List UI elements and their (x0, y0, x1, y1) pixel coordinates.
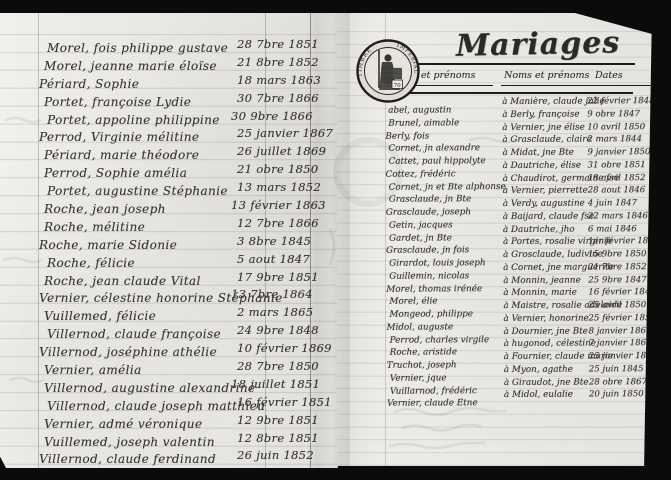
entry-date: 16 février 1851 (237, 395, 332, 409)
ledger-row: Périard, Sophie 18 mars 1863 (0, 73, 337, 91)
entry-name: Roche, marie Sidonie (39, 238, 177, 252)
entry-name: Villernod, claude ferdinand (39, 452, 216, 466)
entry-date: 20 juin 1850 (589, 389, 644, 399)
ledger-row: Périard, marie théodore 26 juillet 1869 (0, 144, 337, 162)
entry-spouse: à Grasclaude, claire (502, 135, 591, 146)
entry-date: 1er février 1847 (588, 236, 659, 246)
entry-date: 25 janvier 1867 (237, 126, 333, 140)
entry-date: 12 7bre 1866 (237, 216, 319, 230)
entry-name: Vernier, amélia (44, 363, 142, 377)
entry-spouse: à Myon, agathe (504, 364, 573, 374)
entry-date: 12 9bre 1851 (237, 413, 319, 427)
ledger-row: Villernod, augustine alexandrine 18 juil… (0, 377, 337, 395)
entry-date: 3 8bre 1845 (237, 234, 311, 248)
ledger-row: Vernier, amélia 28 7bre 1850 (0, 359, 337, 377)
entry-name: Vuillemed, joseph valentin (44, 435, 215, 449)
register-scan: Morel, fois philippe gustave 28 7bre 185… (0, 0, 671, 480)
entry-date: 18 juillet 1851 (231, 377, 320, 391)
entry-date: 26 juillet 1869 (237, 144, 326, 158)
left-page: Morel, fois philippe gustave 28 7bre 185… (0, 13, 338, 468)
entry-date: 17 9bre 1851 (237, 270, 319, 284)
ledger-row: Vuillemed, félicie 2 mars 1865 (0, 305, 337, 323)
entry-spouse: à Midol, eulalie (504, 390, 573, 400)
entry-spouse: à Vernier, honorine (503, 313, 588, 324)
ledger-row: Villernod, claude ferdinand 26 juin 1852 (0, 448, 337, 466)
entry-date: 22 février 1848 (587, 96, 655, 106)
entry-date: 16 février 1848 (588, 287, 656, 297)
ledger-row: Morel, jeanne marie éloïse 21 8bre 1852 (0, 55, 337, 73)
title-underline (387, 63, 635, 65)
entry-spouse: à Monnin, jeanne (503, 275, 581, 285)
header-underline (592, 85, 652, 86)
column-header-names-2: Noms et prénoms (504, 70, 589, 81)
entry-date: 13 7bre 1864 (231, 287, 313, 301)
entry-name: Périard, marie théodore (44, 148, 199, 162)
entry-date: 28 obre 1867 (589, 377, 647, 387)
entry-date: 2 mars 1865 (237, 305, 313, 319)
entry-date: 9 obre 1847 (587, 109, 640, 119)
entry-date: 28 7bre 1850 (237, 359, 319, 373)
entry-name: Portet, augustine Stéphanie (47, 184, 228, 198)
entry-date: 25 juin 1845 (589, 364, 644, 374)
entry-name: Villernod, claude françoise (47, 327, 221, 341)
ledger-row: Portet, appoline philippine 30 9bre 1866 (0, 109, 337, 127)
entry-date: 13 mars 1852 (237, 180, 321, 194)
entry-name: Morel, fois philippe gustave (47, 41, 228, 55)
entry-spouse: à Dautriche, élise (502, 160, 581, 170)
entry-date: 8 janvier 1866 (588, 326, 651, 336)
ledger-row: Villernod, claude françoise 24 9bre 1848 (0, 323, 337, 341)
entry-date: 18 mars 1863 (237, 73, 321, 87)
entry-date: 10 février 1869 (237, 341, 332, 355)
ledger-row: Roche, mélitine 12 7bre 1866 (0, 216, 337, 234)
imperial-revenue-stamp: 70 TIMBRE IMPERIAL (355, 38, 421, 104)
ledger-row: Roche, jean joseph 13 février 1863 (0, 198, 337, 216)
entry-date: 9 janvier 1850 (587, 147, 650, 157)
entry-spouse: à Giraudot, jne Bte (504, 377, 589, 388)
entry-date: 25 janvier 1868 (589, 351, 657, 361)
entry-name: Villernod, augustine alexandrine (44, 381, 255, 395)
entry-name: Portet, françoise Lydie (44, 95, 191, 109)
entry-date: 21 obre 1850 (237, 162, 318, 176)
entry-date: 31 obre 1851 (587, 160, 645, 170)
header-underline (501, 85, 601, 86)
entry-date: 26 juin 1852 (237, 448, 314, 462)
entry-spouse: à Vernier, jne élise (502, 122, 585, 133)
entry-name: Périard, Sophie (39, 77, 139, 91)
entry-name: Perrod, Sophie amélia (44, 166, 187, 180)
entry-date: 25 février 1852 (588, 313, 656, 323)
entry-spouse: à Monnin, marie (503, 288, 577, 298)
ledger-row: Vuillemed, joseph valentin 12 8bre 1851 (0, 431, 337, 449)
entry-date: 30 9bre 1866 (231, 109, 313, 123)
entry-spouse: à Berly, françoise (502, 109, 579, 119)
entry-name: Morel, jeanne marie éloïse (44, 59, 217, 73)
entry-date: 28 aout 1846 (588, 185, 646, 195)
entry-date: 4 juin 1847 (588, 198, 637, 208)
ledger-row: Portet, françoise Lydie 30 7bre 1866 (0, 91, 337, 109)
entry-date: 13 février 1863 (231, 198, 326, 212)
entry-name: Roche, félicie (47, 256, 135, 270)
entry-spouse: à Vernier, pierrette (503, 186, 588, 197)
entry-name: Vernier, admé véronique (44, 417, 202, 431)
entry-date: 28 7bre 1851 (237, 37, 319, 51)
ledger-row: Vernier, claude Etne à Midol, eulalie 20… (338, 389, 664, 404)
ledger-row: Villernod, claude joseph matthieu 16 fév… (0, 395, 337, 413)
entry-date: 25 9bre 1847 (588, 275, 646, 285)
stamp-value: 70 (394, 83, 402, 89)
ledger-row: Perrod, Sophie amélia 21 obre 1850 (0, 162, 337, 180)
column-header-dates: Dates (595, 70, 623, 81)
entry-date: 10 avril 1850 (587, 122, 645, 132)
entry-spouse: à Midat, jne Bte (502, 148, 574, 158)
entry-date: 24 9bre 1848 (237, 323, 319, 337)
ledger-row: Roche, félicie 5 aout 1847 (0, 252, 337, 270)
entry-name: Perrod, Virginie mélitine (39, 130, 199, 144)
entry-spouse: à Dautriche, jho (503, 224, 575, 234)
entry-date: 7 janvier 1869 (589, 338, 652, 348)
entry-spouse: à hugonod, célestine (504, 339, 596, 350)
entry-name: Villernod, claude joseph matthieu (47, 399, 265, 413)
entry-date: 21 8bre 1852 (237, 55, 319, 69)
entry-name: Villernod, joséphine athélie (39, 345, 217, 359)
right-page-entries: abel, augustin à Manière, claude julie 2… (336, 96, 664, 404)
entry-date: 30 7bre 1866 (237, 91, 319, 105)
entry-date: 6 mai 1846 (588, 224, 637, 234)
entry-spouse: à Verdy, augustine (503, 198, 585, 209)
entry-spouse: à Baijard, claude fse (503, 211, 594, 222)
entry-name: Roche, jean joseph (44, 202, 166, 216)
entry-name: Roche, mélitine (44, 220, 145, 234)
header-divider (387, 92, 633, 94)
entry-name: Vernier, claude Etne (387, 398, 478, 409)
left-page-entries: Morel, fois philippe gustave 28 7bre 185… (0, 37, 337, 466)
ledger-row: Portet, augustine Stéphanie 13 mars 1852 (0, 180, 337, 198)
entry-date: 25 avril 1850 (588, 300, 646, 310)
entry-date: 15 9bre 1850 (588, 249, 646, 259)
entry-name: Portet, appoline philippine (47, 113, 220, 127)
ledger-row: Vernier, célestine honorine Stéphanie 13… (0, 287, 337, 305)
page-title: Mariages (425, 25, 652, 65)
entry-date: 22 mars 1846 (588, 211, 648, 221)
ledger-row: Roche, jean claude Vital 17 9bre 1851 (0, 270, 337, 288)
entry-spouse: à Dournier, jne Bte (503, 326, 587, 337)
entry-date: 21 7bre 1852 (588, 262, 646, 272)
entry-date: 18 avril 1852 (588, 173, 646, 183)
entry-date: 12 8bre 1851 (237, 431, 319, 445)
entry-name: Vuillemed, félicie (44, 309, 156, 323)
ledger-row: Vernier, admé véronique 12 9bre 1851 (0, 413, 337, 431)
ledger-row: Roche, marie Sidonie 3 8bre 1845 (0, 234, 337, 252)
ledger-row: Villernod, joséphine athélie 10 février … (0, 341, 337, 359)
entry-date: 5 aout 1847 (237, 252, 310, 266)
ledger-row: Morel, fois philippe gustave 28 7bre 185… (0, 37, 337, 55)
entry-name: Roche, jean claude Vital (44, 274, 201, 288)
entry-date: 2 mars 1844 (587, 134, 642, 144)
ledger-row: Perrod, Virginie mélitine 25 janvier 186… (0, 126, 337, 144)
